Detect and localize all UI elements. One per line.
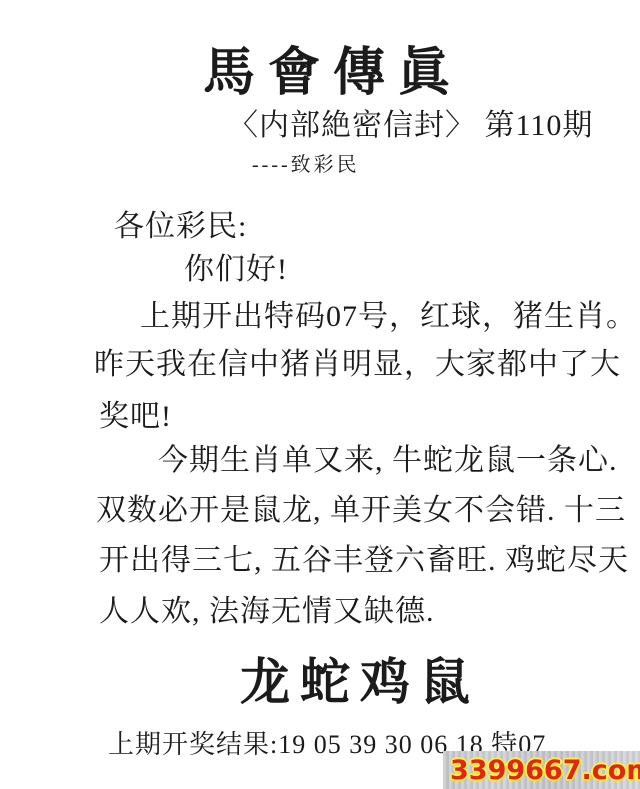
salutation: 各位彩民:	[114, 201, 247, 245]
paragraph2-line3: 开出得三七, 五谷丰登六畜旺. 鸡蛇尽天	[99, 535, 629, 579]
watermark-site: 3399667.com	[443, 755, 640, 786]
watermark-band: 3399667.com	[443, 751, 640, 789]
masthead-title: 馬會傳眞	[203, 30, 463, 105]
paragraph1-line3: 奖吧!	[99, 391, 172, 435]
paragraph1-line1: 上期开出特码07号，红球，猪生肖。	[140, 291, 637, 335]
paragraph2-line1: 今期生肖单又来, 牛蛇龙鼠一条心.	[158, 435, 618, 479]
paragraph2-line4: 人人欢, 法海无情又缺德.	[99, 586, 435, 630]
paragraph2-line2: 双数必开是鼠龙, 单开美女不会错. 十三	[96, 485, 626, 529]
paragraph1-line2: 昨天我在信中猪肖明显，大家都中了大	[94, 339, 621, 383]
fax-document: 馬會傳眞 〈内部絶密信封〉 第110期 ----致彩民 各位彩民: 你们好! 上…	[0, 0, 640, 789]
zodiac-prediction: 龙蛇鸡鼠	[240, 642, 480, 714]
dedication-line: ----致彩民	[252, 148, 360, 177]
issue-subtitle: 〈内部絶密信封〉 第110期	[228, 100, 593, 144]
greeting-line: 你们好!	[184, 244, 288, 288]
